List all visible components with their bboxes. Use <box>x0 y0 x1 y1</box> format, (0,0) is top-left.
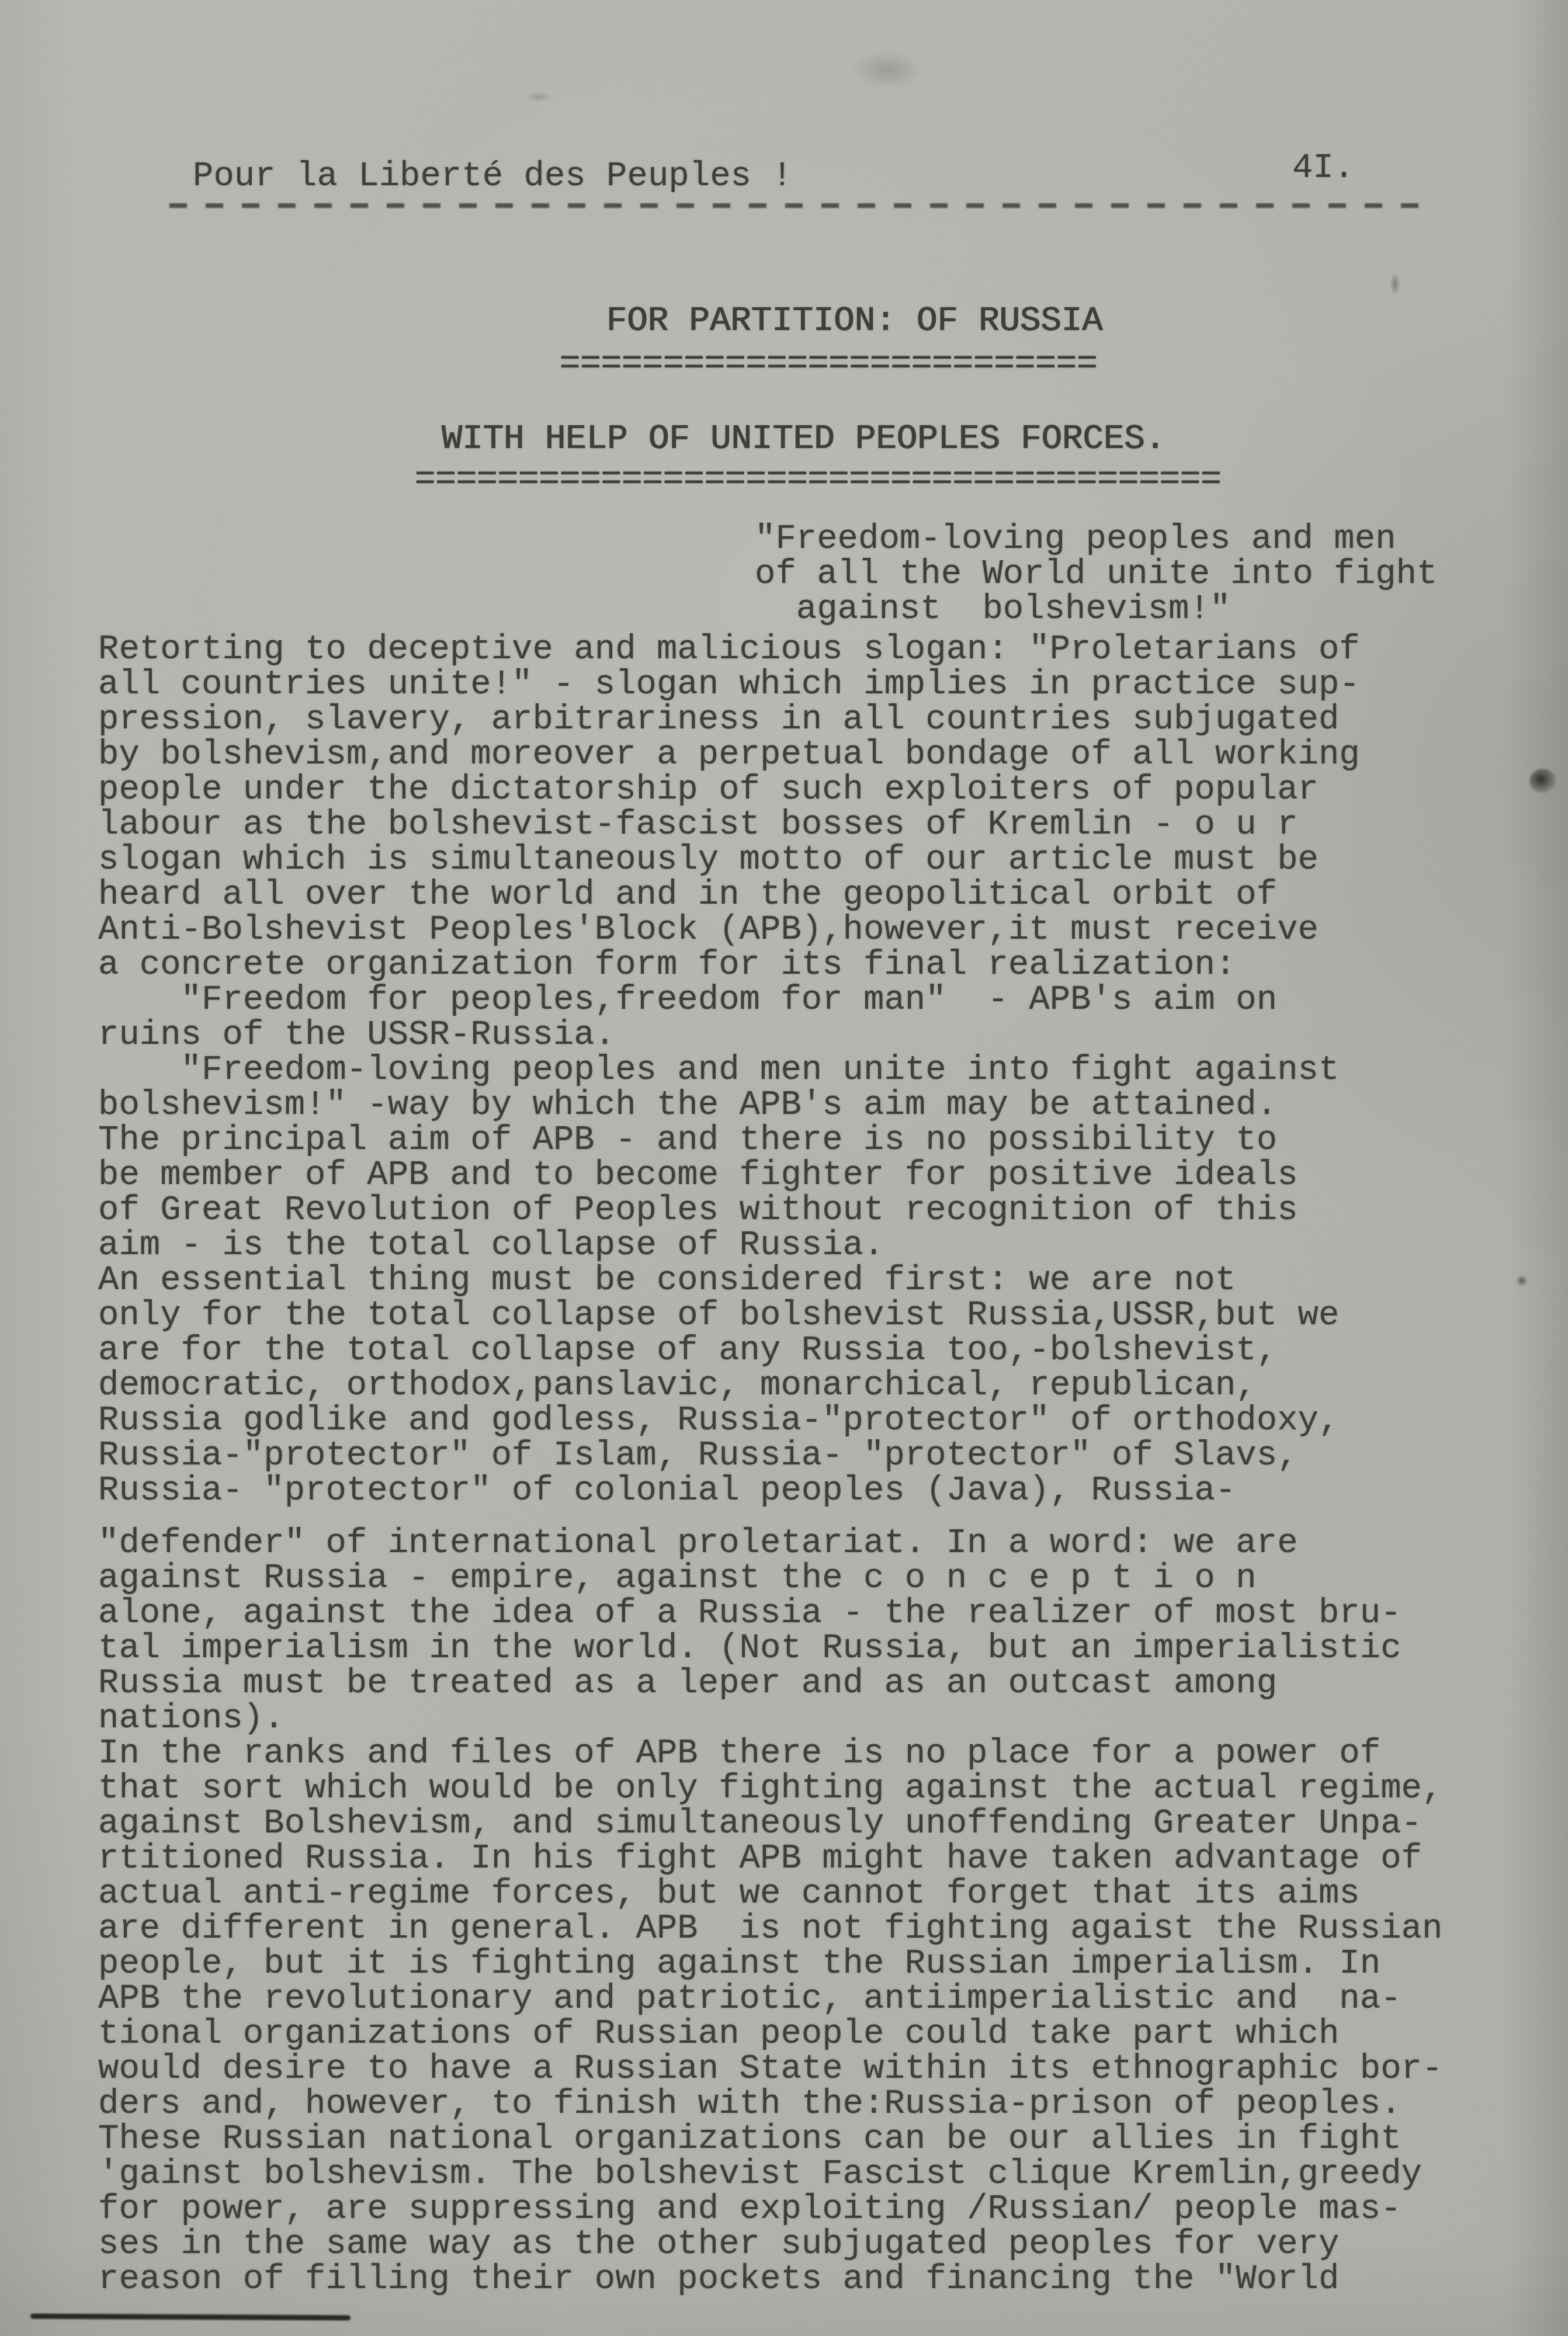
body-line: tional organizations of Russian people c… <box>98 2016 1442 2052</box>
body-line: of Great Revolution of Peoples without r… <box>98 1193 1360 1228</box>
body-line: democratic, orthodox,panslavic, monarchi… <box>98 1368 1360 1403</box>
body-line: "Freedom for peoples,freedom for man" - … <box>98 983 1360 1018</box>
epigraph-quote: "Freedom-loving peoples and menof all th… <box>755 522 1437 627</box>
body-line: rtitioned Russia. In his fight APB might… <box>98 1841 1442 1876</box>
header-motto: Pour la Liberté des Peuples ! <box>193 159 793 194</box>
scanned-document-page: Pour la Liberté des Peuples ! 4I. FOR PA… <box>0 0 1568 2336</box>
document-title: FOR PARTITION: OF RUSSIA <box>606 304 1103 339</box>
body-line: labour as the bolshevist-fascist bosses … <box>98 807 1360 842</box>
scan-edge-artifact <box>30 2314 351 2321</box>
body-line: APB the revolutionary and patriotic, ant… <box>98 1981 1442 2016</box>
header-dashed-rule <box>169 203 1423 208</box>
body-line: An essential thing must be considered fi… <box>98 1263 1360 1298</box>
body-line: ruins of the USSR-Russia. <box>98 1018 1360 1053</box>
body-line: "defender" of international proletariat.… <box>98 1526 1442 1561</box>
body-line: nations). <box>98 1701 1442 1736</box>
body-line: reason of filling their own pockets and … <box>98 2262 1442 2297</box>
epigraph-line: against bolshevism!" <box>755 592 1437 627</box>
body-line: Russia must be treated as a leper and as… <box>98 1666 1442 1701</box>
title-underline: ========================== <box>560 347 1098 382</box>
body-line: be member of APB and to become fighter f… <box>98 1158 1360 1193</box>
smudge-mark <box>852 51 922 89</box>
body-line: Russia- "protector" of colonial peoples … <box>98 1473 1360 1508</box>
epigraph-line: "Freedom-loving peoples and men <box>755 522 1437 557</box>
body-line: "Freedom-loving peoples and men unite in… <box>98 1053 1360 1088</box>
body-line: bolshevism!" -way by which the APB's aim… <box>98 1088 1360 1123</box>
body-line: all countries unite!" - slogan which imp… <box>98 667 1360 702</box>
document-subtitle: WITH HELP OF UNITED PEOPLES FORCES. <box>442 422 1165 457</box>
ink-speck <box>1390 273 1400 294</box>
body-line: a concrete organization form for its fin… <box>98 947 1360 983</box>
body-line: pression, slavery, arbitrariness in all … <box>98 702 1360 737</box>
body-line: that sort which would be only fighting a… <box>98 1771 1442 1806</box>
body-line: ses in the same way as the other subjuga… <box>98 2227 1442 2262</box>
body-line: ders and, however, to finish with the:Ru… <box>98 2087 1442 2122</box>
body-line: only for the total collapse of bolshevis… <box>98 1298 1360 1333</box>
ink-speck <box>1515 1276 1528 1286</box>
body-line: 'gainst bolshevism. The bolshevist Fasci… <box>98 2157 1442 2192</box>
body-line: actual anti-regime forces, but we cannot… <box>98 1876 1442 1911</box>
body-line: against Russia - empire, against the c o… <box>98 1561 1442 1596</box>
body-line: In the ranks and files of APB there is n… <box>98 1736 1442 1771</box>
body-line: Russia-"protector" of Islam, Russia- "pr… <box>98 1438 1360 1473</box>
body-line: slogan which is simultaneously motto of … <box>98 842 1360 877</box>
ink-speck <box>1529 769 1556 793</box>
body-line: would desire to have a Russian State wit… <box>98 2052 1442 2087</box>
body-line: are different in general. APB is not fig… <box>98 1911 1442 1946</box>
body-line: heard all over the world and in the geop… <box>98 877 1360 912</box>
body-line: These Russian national organizations can… <box>98 2122 1442 2157</box>
body-line: Russia godlike and godless, Russia-"prot… <box>98 1403 1360 1438</box>
body-line: for power, are suppressing and exploitin… <box>98 2192 1442 2227</box>
subtitle-underline: ======================================= <box>415 463 1222 498</box>
body-line: tal imperialism in the world. (Not Russi… <box>98 1631 1442 1666</box>
body-line: against Bolshevism, and simultaneously u… <box>98 1806 1442 1841</box>
body-line: Retorting to deceptive and malicious slo… <box>98 632 1360 667</box>
body-line: aim - is the total collapse of Russia. <box>98 1228 1360 1263</box>
body-line: people, but it is fighting against the R… <box>98 1946 1442 1981</box>
page-number: 4I. <box>1292 151 1354 186</box>
smudge-mark <box>526 92 551 102</box>
body-line: Anti-Bolshevist Peoples'Block (APB),howe… <box>98 912 1360 947</box>
body-line: people under the dictatorship of such ex… <box>98 772 1360 807</box>
body-paragraph-1: Retorting to deceptive and malicious slo… <box>98 632 1360 1508</box>
body-line: by bolshevism,and moreover a perpetual b… <box>98 737 1360 772</box>
body-paragraph-2: "defender" of international proletariat.… <box>98 1526 1442 2297</box>
body-line: The principal aim of APB - and there is … <box>98 1123 1360 1158</box>
epigraph-line: of all the World unite into fight <box>755 557 1437 592</box>
body-line: alone, against the idea of a Russia - th… <box>98 1596 1442 1631</box>
body-line: are for the total collapse of any Russia… <box>98 1333 1360 1368</box>
